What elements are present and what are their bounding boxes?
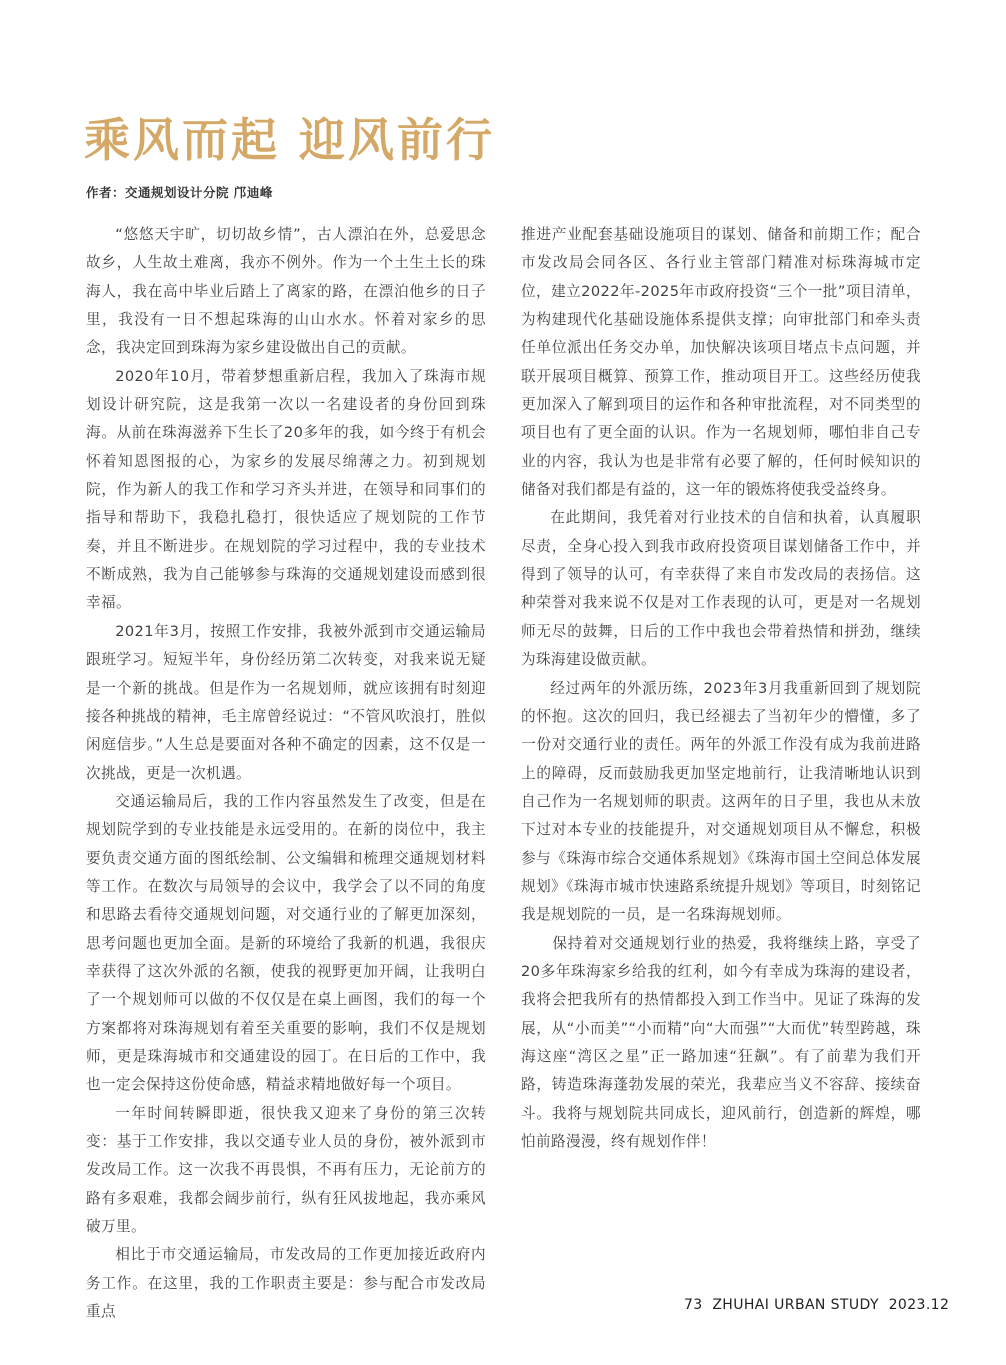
paragraph-continued: 推进产业配套基础设施项目的谋划、储备和前期工作；配合市发改局会同各区、各行业主管… bbox=[521, 221, 921, 504]
paragraph: 交通运输局后，我的工作内容虽然发生了改变，但是在规划院学到的专业技能是永远受用的… bbox=[86, 788, 486, 1100]
paragraph: 在此期间，我凭着对行业技术的自信和执着，认真履职尽责，全身心投入到我市政府投资项… bbox=[521, 504, 921, 674]
paragraph: 一年时间转瞬即逝，很快我又迎来了身份的第三次转变：基于工作安排，我以交通专业人员… bbox=[86, 1100, 486, 1242]
page-footer: 73 ZHUHAI URBAN STUDY 2023.12 bbox=[684, 1297, 949, 1313]
article-title: 乘风而起 迎风前行 bbox=[84, 112, 495, 168]
paragraph: 经过两年的外派历练，2023年3月我重新回到了规划院的怀抱。这次的回归，我已经褪… bbox=[521, 675, 921, 930]
article-author: 作者：交通规划设计分院 邝迪峰 bbox=[86, 183, 273, 201]
paragraph: 2021年3月，按照工作安排，我被外派到市交通运输局跟班学习。短短半年，身份经历… bbox=[86, 618, 486, 788]
paragraph: 保持着对交通规划行业的热爱，我将继续上路，享受了20多年珠海家乡给我的红利，如今… bbox=[521, 930, 921, 1157]
left-column: “悠悠天宇旷，切切故乡情”，古人漂泊在外，总爱思念故乡，人生故土难离，我亦不例外… bbox=[86, 221, 486, 1326]
paragraph: “悠悠天宇旷，切切故乡情”，古人漂泊在外，总爱思念故乡，人生故土难离，我亦不例外… bbox=[86, 221, 486, 363]
right-column: 推进产业配套基础设施项目的谋划、储备和前期工作；配合市发改局会同各区、各行业主管… bbox=[521, 221, 921, 1156]
paragraph: 相比于市交通运输局，市发改局的工作更加接近政府内务工作。在这里，我的工作职责主要… bbox=[86, 1241, 486, 1326]
paragraph: 2020年10月，带着梦想重新启程，我加入了珠海市规划设计研究院，这是我第一次以… bbox=[86, 363, 486, 618]
